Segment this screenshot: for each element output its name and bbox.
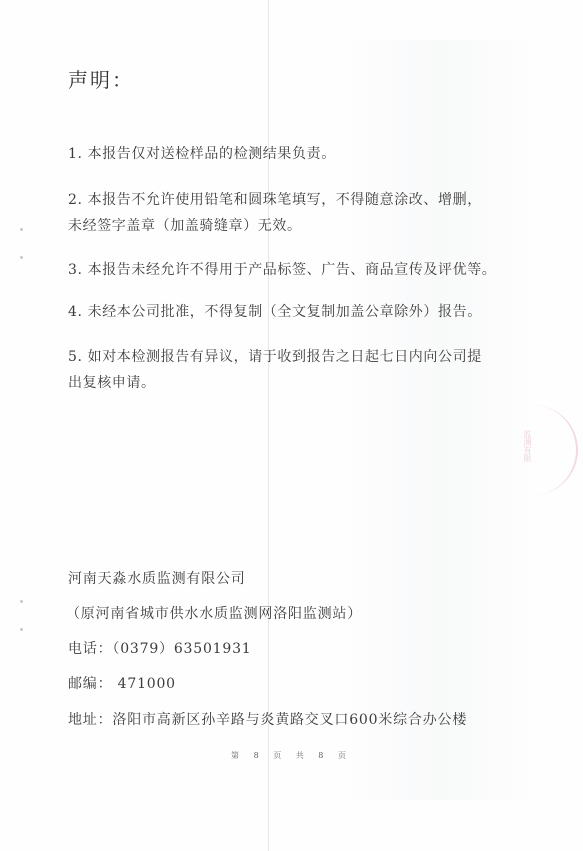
- company-former-name: （原河南省城市供水水质监测网洛阳监测站）: [66, 603, 362, 623]
- company-name: 河南天淼水质监测有限公司: [68, 568, 246, 588]
- statement-3: 3. 本报告未经允许不得用于产品标签、广告、商品宣传及评优等。: [68, 258, 496, 283]
- statement-4: 4. 未经本公司批准，不得复制（全文复制加盖公章除外）报告。: [68, 300, 482, 325]
- scan-mark: [20, 600, 23, 603]
- scan-mark: [20, 628, 23, 631]
- statement-1: 1. 本报告仅对送检样品的检测结果负责。: [68, 142, 336, 167]
- document-page: 声明： 1. 本报告仅对送检样品的检测结果负责。 2. 本报告不允许使用铅笔和圆…: [0, 0, 583, 851]
- scan-shading: [340, 40, 540, 800]
- company-postcode: 邮编： 471000: [68, 673, 176, 693]
- company-address: 地址：洛阳市高新区孙辛路与炎黄路交叉口600米综合办公楼: [68, 709, 467, 729]
- scan-mark: [20, 256, 23, 259]
- page-number: 第 8 页 共 8 页: [0, 750, 583, 761]
- statement-2-line-2: 未经签字盖章（加盖骑缝章）无效。: [68, 214, 302, 239]
- company-phone: 电话：（0379）63501931: [68, 638, 252, 658]
- statement-5-line-1: 5. 如对本检测报告有异议，请于收到报告之日起七日内向公司提: [68, 345, 482, 370]
- statement-5-line-2: 出复核申请。: [68, 371, 156, 396]
- seal-stamp-text: 监测有限: [522, 430, 533, 462]
- page-title: 声明：: [68, 64, 134, 93]
- scan-mark: [20, 228, 23, 231]
- statement-2-line-1: 2. 本报告不允许使用铅笔和圆珠笔填写，不得随意涂改、增删，: [68, 188, 482, 213]
